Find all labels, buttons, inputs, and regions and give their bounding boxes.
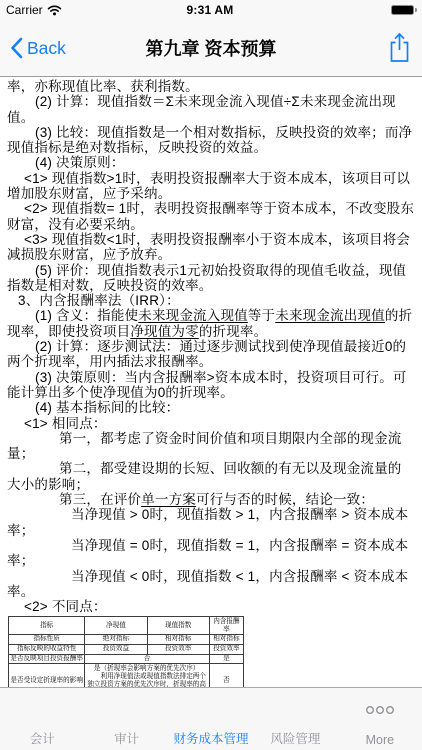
table-cell: 投资效益	[85, 644, 147, 654]
tab-label: 审计	[114, 729, 139, 747]
table-cell: 是（折现率会影响方案的优先次序） 利用净现值法或现值指数法排定两个独立投资方案的…	[85, 664, 210, 687]
page-title: 第九章 资本预算	[60, 35, 362, 61]
battery-icon	[391, 5, 414, 15]
tab-bar: 会计审计财务成本管理风险管理More	[0, 687, 422, 750]
back-label: Back	[27, 38, 66, 59]
table-cell: 否	[209, 664, 243, 687]
paragraph: 率，亦称现值比率、获利指数。	[7, 79, 415, 94]
table-header-cell: 指标	[9, 617, 85, 635]
table-row: 是否反映项目投资报酬率否是	[9, 654, 244, 664]
table-cell: 是	[209, 654, 243, 664]
paragraph: 第一，都考虑了资金时间价值和项目期限内全部的现金流量；	[7, 431, 415, 462]
more-circles-icon	[365, 704, 395, 716]
table-header-cell: 现值指数	[147, 617, 209, 635]
table-cell: 投资效率	[147, 644, 209, 654]
comparison-table: 指标净现值现值指数内含报酬率指标性质绝对指标相对指标相对指标指标反映的收益特性投…	[8, 616, 244, 687]
tab-label: 会计	[30, 729, 55, 747]
table-row: 指标性质绝对指标相对指标相对指标	[9, 634, 244, 644]
status-time: 9:31 AM	[136, 3, 284, 17]
table-cell: 绝对指标	[85, 634, 147, 644]
paragraph: 当净现值 > 0时，现值指数 > 1，内含报酬率 > 资本成本率；	[7, 507, 415, 538]
paragraph: <2> 现值指数= 1时，表明投资报酬率等于资本成本，不改变股东财富，没有必要采…	[7, 201, 415, 232]
table-row: 是否受设定折现率的影响 是（折现率会影响方案的优先次序） 利用净现值法或现值指数…	[9, 664, 244, 687]
paragraph: (2) 计算：现值指数＝Σ未来现金流入现值÷Σ未来现金流出现值。	[7, 94, 415, 125]
paragraph: (4) 基本指标间的比较：	[7, 400, 415, 415]
tab-More[interactable]: More	[338, 688, 422, 750]
paragraph: (2) 计算：逐步测试法：通过逐步测试找到使净现值最接近0的两个折现率，用内插法…	[7, 339, 415, 370]
paragraph: (5) 评价：现值指数表示1元初始投资取得的现值毛收益，现值指数是相对数，反映投…	[7, 263, 415, 294]
paragraph: <1> 相同点：	[7, 416, 415, 431]
table-cell: 相对指标	[147, 634, 209, 644]
top-chrome: Carrier 9:31 AM 第九章 资本预算	[0, 0, 422, 77]
paragraph: <2> 不同点：	[7, 599, 415, 614]
paragraph: 当净现值 < 0时，现值指数 < 1，内含报酬率 < 资本成本率。	[7, 569, 415, 600]
share-button[interactable]	[387, 32, 412, 64]
paragraph: 第三，在评价单一方案可行与否的时候，结论一致：	[7, 492, 415, 507]
back-chevron-icon	[10, 37, 23, 59]
tab-风险管理[interactable]: 风险管理	[253, 688, 337, 750]
tab-label: 风险管理	[270, 729, 320, 747]
nav-bar: 第九章 资本预算 Back	[0, 20, 422, 76]
tab-财务成本管理[interactable]: 财务成本管理	[169, 688, 253, 750]
paragraph: <1> 现值指数>1时，表明投资报酬率大于资本成本，该项目可以增加股东财富，应予…	[7, 171, 415, 202]
table-cell: 否	[85, 654, 210, 664]
paragraph: <3> 现值指数<1时，表明投资报酬率小于资本成本，该项目将会减损股东财富，应予…	[7, 232, 415, 263]
tab-审计[interactable]: 审计	[84, 688, 168, 750]
document-scroll-area[interactable]: 率，亦称现值比率、获利指数。(2) 计算：现值指数＝Σ未来现金流入现值÷Σ未来现…	[0, 77, 422, 687]
table-header-cell: 内含报酬率	[209, 617, 243, 635]
table-cell: 指标反映的收益特性	[9, 644, 85, 654]
table-header-cell: 净现值	[85, 617, 147, 635]
paragraph: (3) 比较：现值指数是一个相对数指标，反映投资的效率；而净现值指标是绝对数指标…	[7, 125, 415, 156]
back-button[interactable]: Back	[10, 37, 66, 59]
table-cell: 相对指标	[209, 634, 243, 644]
carrier-label: Carrier	[6, 3, 43, 17]
table-header-row: 指标净现值现值指数内含报酬率	[9, 617, 244, 635]
tab-label: 财务成本管理	[174, 729, 249, 747]
tab-会计[interactable]: 会计	[0, 688, 84, 750]
share-icon	[387, 32, 412, 64]
tab-label: More	[366, 733, 394, 747]
paragraph: (4) 决策原则：	[7, 155, 415, 170]
paragraph: 第二，都受建设期的长短、回收额的有无以及现金流量的大小的影响；	[7, 461, 415, 492]
table-cell: 是否反映项目投资报酬率	[9, 654, 85, 664]
table-row: 指标反映的收益特性投资效益投资效率投资效率	[9, 644, 244, 654]
table-cell: 指标性质	[9, 634, 85, 644]
table-cell: 是否受设定折现率的影响	[9, 664, 85, 687]
paragraph: 3、内含报酬率法（IRR）：	[7, 293, 415, 308]
table-cell: 投资效率	[209, 644, 243, 654]
paragraph: 当净现值 = 0时，现值指数 = 1，内含报酬率 = 资本成本率；	[7, 538, 415, 569]
wifi-icon	[47, 4, 62, 16]
app-window: Carrier 9:31 AM 第九章 资本预算	[0, 0, 422, 750]
paragraph: (1) 含义：指能使未来现金流入现值等于未来现金流出现值的折现率，即使投资项目净…	[7, 308, 415, 339]
paragraph: (3) 决策原则：当内含报酬率>资本成本时，投资项目可行。可能计算出多个使净现值…	[7, 370, 415, 401]
status-bar: Carrier 9:31 AM	[0, 0, 422, 20]
